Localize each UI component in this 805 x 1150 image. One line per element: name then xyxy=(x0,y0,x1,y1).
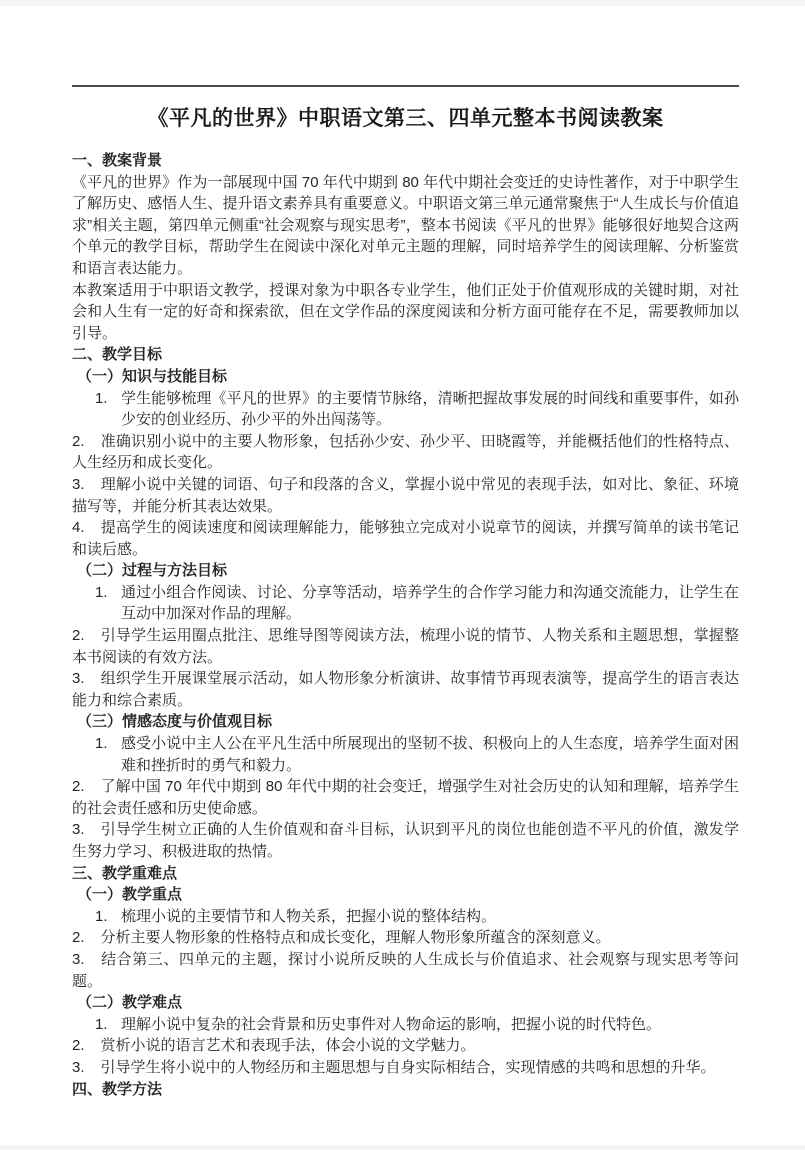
list-text: 梳理小说的主要情节和人物关系，把握小说的整体结构。 xyxy=(121,906,739,928)
list-item: 3.结合第三、四单元的主题，探讨小说所反映的人生成长与价值追求、社会观察与现实思… xyxy=(72,949,739,992)
paragraph: 《平凡的世界》作为一部展现中国 70 年代中期到 80 年代中期社会变迁的史诗性… xyxy=(72,172,739,280)
list-number: 1. xyxy=(95,733,121,776)
list-text: 理解小说中关键的词语、句子和段落的含义，掌握小说中常见的表现手法，如对比、象征、… xyxy=(72,476,739,515)
list-item: 2.引导学生运用圈点批注、思维导图等阅读方法，梳理小说的情节、人物关系和主题思想… xyxy=(72,625,739,668)
list-number: 3. xyxy=(72,670,85,687)
list-text: 组织学生开展课堂展示活动，如人物形象分析演讲、故事情节再现表演等，提高学生的语言… xyxy=(72,670,739,709)
list-item: 1. 梳理小说的主要情节和人物关系，把握小说的整体结构。 xyxy=(72,906,739,928)
list-number: 1. xyxy=(95,906,121,928)
section-heading-4: 四、教学方法 xyxy=(72,1079,739,1101)
document-body: 一、教案背景 《平凡的世界》作为一部展现中国 70 年代中期到 80 年代中期社… xyxy=(72,150,739,1100)
list-number: 2. xyxy=(72,778,85,795)
list-text: 学生能够梳理《平凡的世界》的主要情节脉络，清晰把握故事发展的时间线和重要事件，如… xyxy=(121,388,739,431)
section-heading-2: 二、教学目标 xyxy=(72,344,739,366)
list-number: 3. xyxy=(72,1059,85,1076)
list-item: 3.理解小说中关键的词语、句子和段落的含义，掌握小说中常见的表现手法，如对比、象… xyxy=(72,474,739,517)
list-number: 3. xyxy=(72,951,85,968)
list-item: 2.分析主要人物形象的性格特点和成长变化，理解人物形象所蕴含的深刻意义。 xyxy=(72,927,739,949)
list-number: 4. xyxy=(72,519,85,536)
subsection-heading: （一）教学重点 xyxy=(72,884,739,906)
document-page: 《平凡的世界》中职语文第三、四单元整本书阅读教案 一、教案背景 《平凡的世界》作… xyxy=(0,6,805,1145)
list-number: 2. xyxy=(72,627,85,644)
list-text: 引导学生将小说中的人物经历和主题思想与自身实际相结合，实现情感的共鸣和思想的升华… xyxy=(101,1059,716,1076)
section-heading-1: 一、教案背景 xyxy=(72,150,739,172)
list-text: 引导学生运用圈点批注、思维导图等阅读方法，梳理小说的情节、人物关系和主题思想，掌… xyxy=(72,627,739,666)
list-text: 理解小说中复杂的社会背景和历史事件对人物命运的影响，把握小说的时代特色。 xyxy=(121,1014,739,1036)
list-item: 2.准确识别小说中的主要人物形象，包括孙少安、孙少平、田晓霞等，并能概括他们的性… xyxy=(72,431,739,474)
list-item: 1. 理解小说中复杂的社会背景和历史事件对人物命运的影响，把握小说的时代特色。 xyxy=(72,1014,739,1036)
list-number: 2. xyxy=(72,1037,85,1054)
list-text: 准确识别小说中的主要人物形象，包括孙少安、孙少平、田晓霞等，并能概括他们的性格特… xyxy=(72,433,739,472)
list-text: 感受小说中主人公在平凡生活中所展现出的坚韧不拔、积极向上的人生态度，培养学生面对… xyxy=(121,733,739,776)
list-text: 赏析小说的语言艺术和表现手法，体会小说的文学魅力。 xyxy=(101,1037,476,1054)
list-text: 提高学生的阅读速度和阅读理解能力，能够独立完成对小说章节的阅读，并撰写简单的读书… xyxy=(72,519,739,558)
list-number: 2. xyxy=(72,433,85,450)
list-item: 3.引导学生将小说中的人物经历和主题思想与自身实际相结合，实现情感的共鸣和思想的… xyxy=(72,1057,739,1079)
list-number: 3. xyxy=(72,476,85,493)
document-title: 《平凡的世界》中职语文第三、四单元整本书阅读教案 xyxy=(72,104,739,134)
paragraph: 本教案适用于中职语文教学，授课对象为中职各专业学生，他们正处于价值观形成的关键时… xyxy=(72,280,739,345)
list-item: 4.提高学生的阅读速度和阅读理解能力，能够独立完成对小说章节的阅读，并撰写简单的… xyxy=(72,517,739,560)
subsection-heading: （三）情感态度与价值观目标 xyxy=(72,711,739,733)
list-item: 1. 感受小说中主人公在平凡生活中所展现出的坚韧不拔、积极向上的人生态度，培养学… xyxy=(72,733,739,776)
list-item: 2.赏析小说的语言艺术和表现手法，体会小说的文学魅力。 xyxy=(72,1035,739,1057)
list-item: 1. 通过小组合作阅读、讨论、分享等活动，培养学生的合作学习能力和沟通交流能力，… xyxy=(72,582,739,625)
list-number: 2. xyxy=(72,929,85,946)
section-heading-3: 三、教学重难点 xyxy=(72,863,739,885)
list-number: 1. xyxy=(95,388,121,431)
list-text: 引导学生树立正确的人生价值观和奋斗目标，认识到平凡的岗位也能创造不平凡的价值，激… xyxy=(72,821,739,860)
list-item: 3.引导学生树立正确的人生价值观和奋斗目标，认识到平凡的岗位也能创造不平凡的价值… xyxy=(72,819,739,862)
subsection-heading: （一）知识与技能目标 xyxy=(72,366,739,388)
subsection-heading: （二）过程与方法目标 xyxy=(72,560,739,582)
list-number: 3. xyxy=(72,821,85,838)
list-text: 分析主要人物形象的性格特点和成长变化，理解人物形象所蕴含的深刻意义。 xyxy=(101,929,611,946)
list-number: 1. xyxy=(95,1014,121,1036)
list-text: 通过小组合作阅读、讨论、分享等活动，培养学生的合作学习能力和沟通交流能力，让学生… xyxy=(121,582,739,625)
list-text: 结合第三、四单元的主题，探讨小说所反映的人生成长与价值追求、社会观察与现实思考等… xyxy=(72,951,739,990)
page-header-rule xyxy=(72,85,739,87)
list-item: 1. 学生能够梳理《平凡的世界》的主要情节脉络，清晰把握故事发展的时间线和重要事… xyxy=(72,388,739,431)
list-text: 了解中国 70 年代中期到 80 年代中期的社会变迁，增强学生对社会历史的认知和… xyxy=(72,778,739,817)
subsection-heading: （二）教学难点 xyxy=(72,992,739,1014)
list-item: 3.组织学生开展课堂展示活动，如人物形象分析演讲、故事情节再现表演等，提高学生的… xyxy=(72,668,739,711)
list-number: 1. xyxy=(95,582,121,625)
list-item: 2.了解中国 70 年代中期到 80 年代中期的社会变迁，增强学生对社会历史的认… xyxy=(72,776,739,819)
